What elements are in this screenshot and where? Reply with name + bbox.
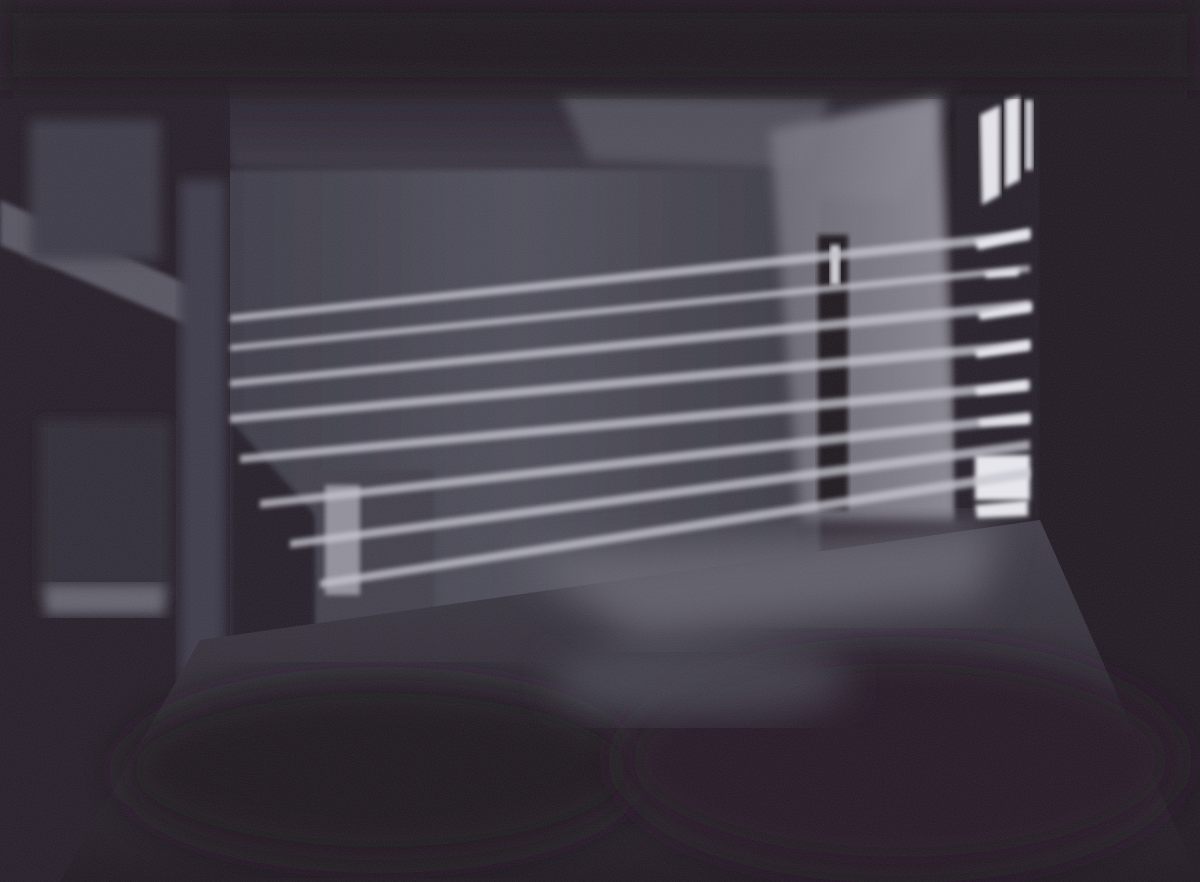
print-illustration (0, 0, 1200, 882)
artwork-image (0, 0, 1200, 882)
